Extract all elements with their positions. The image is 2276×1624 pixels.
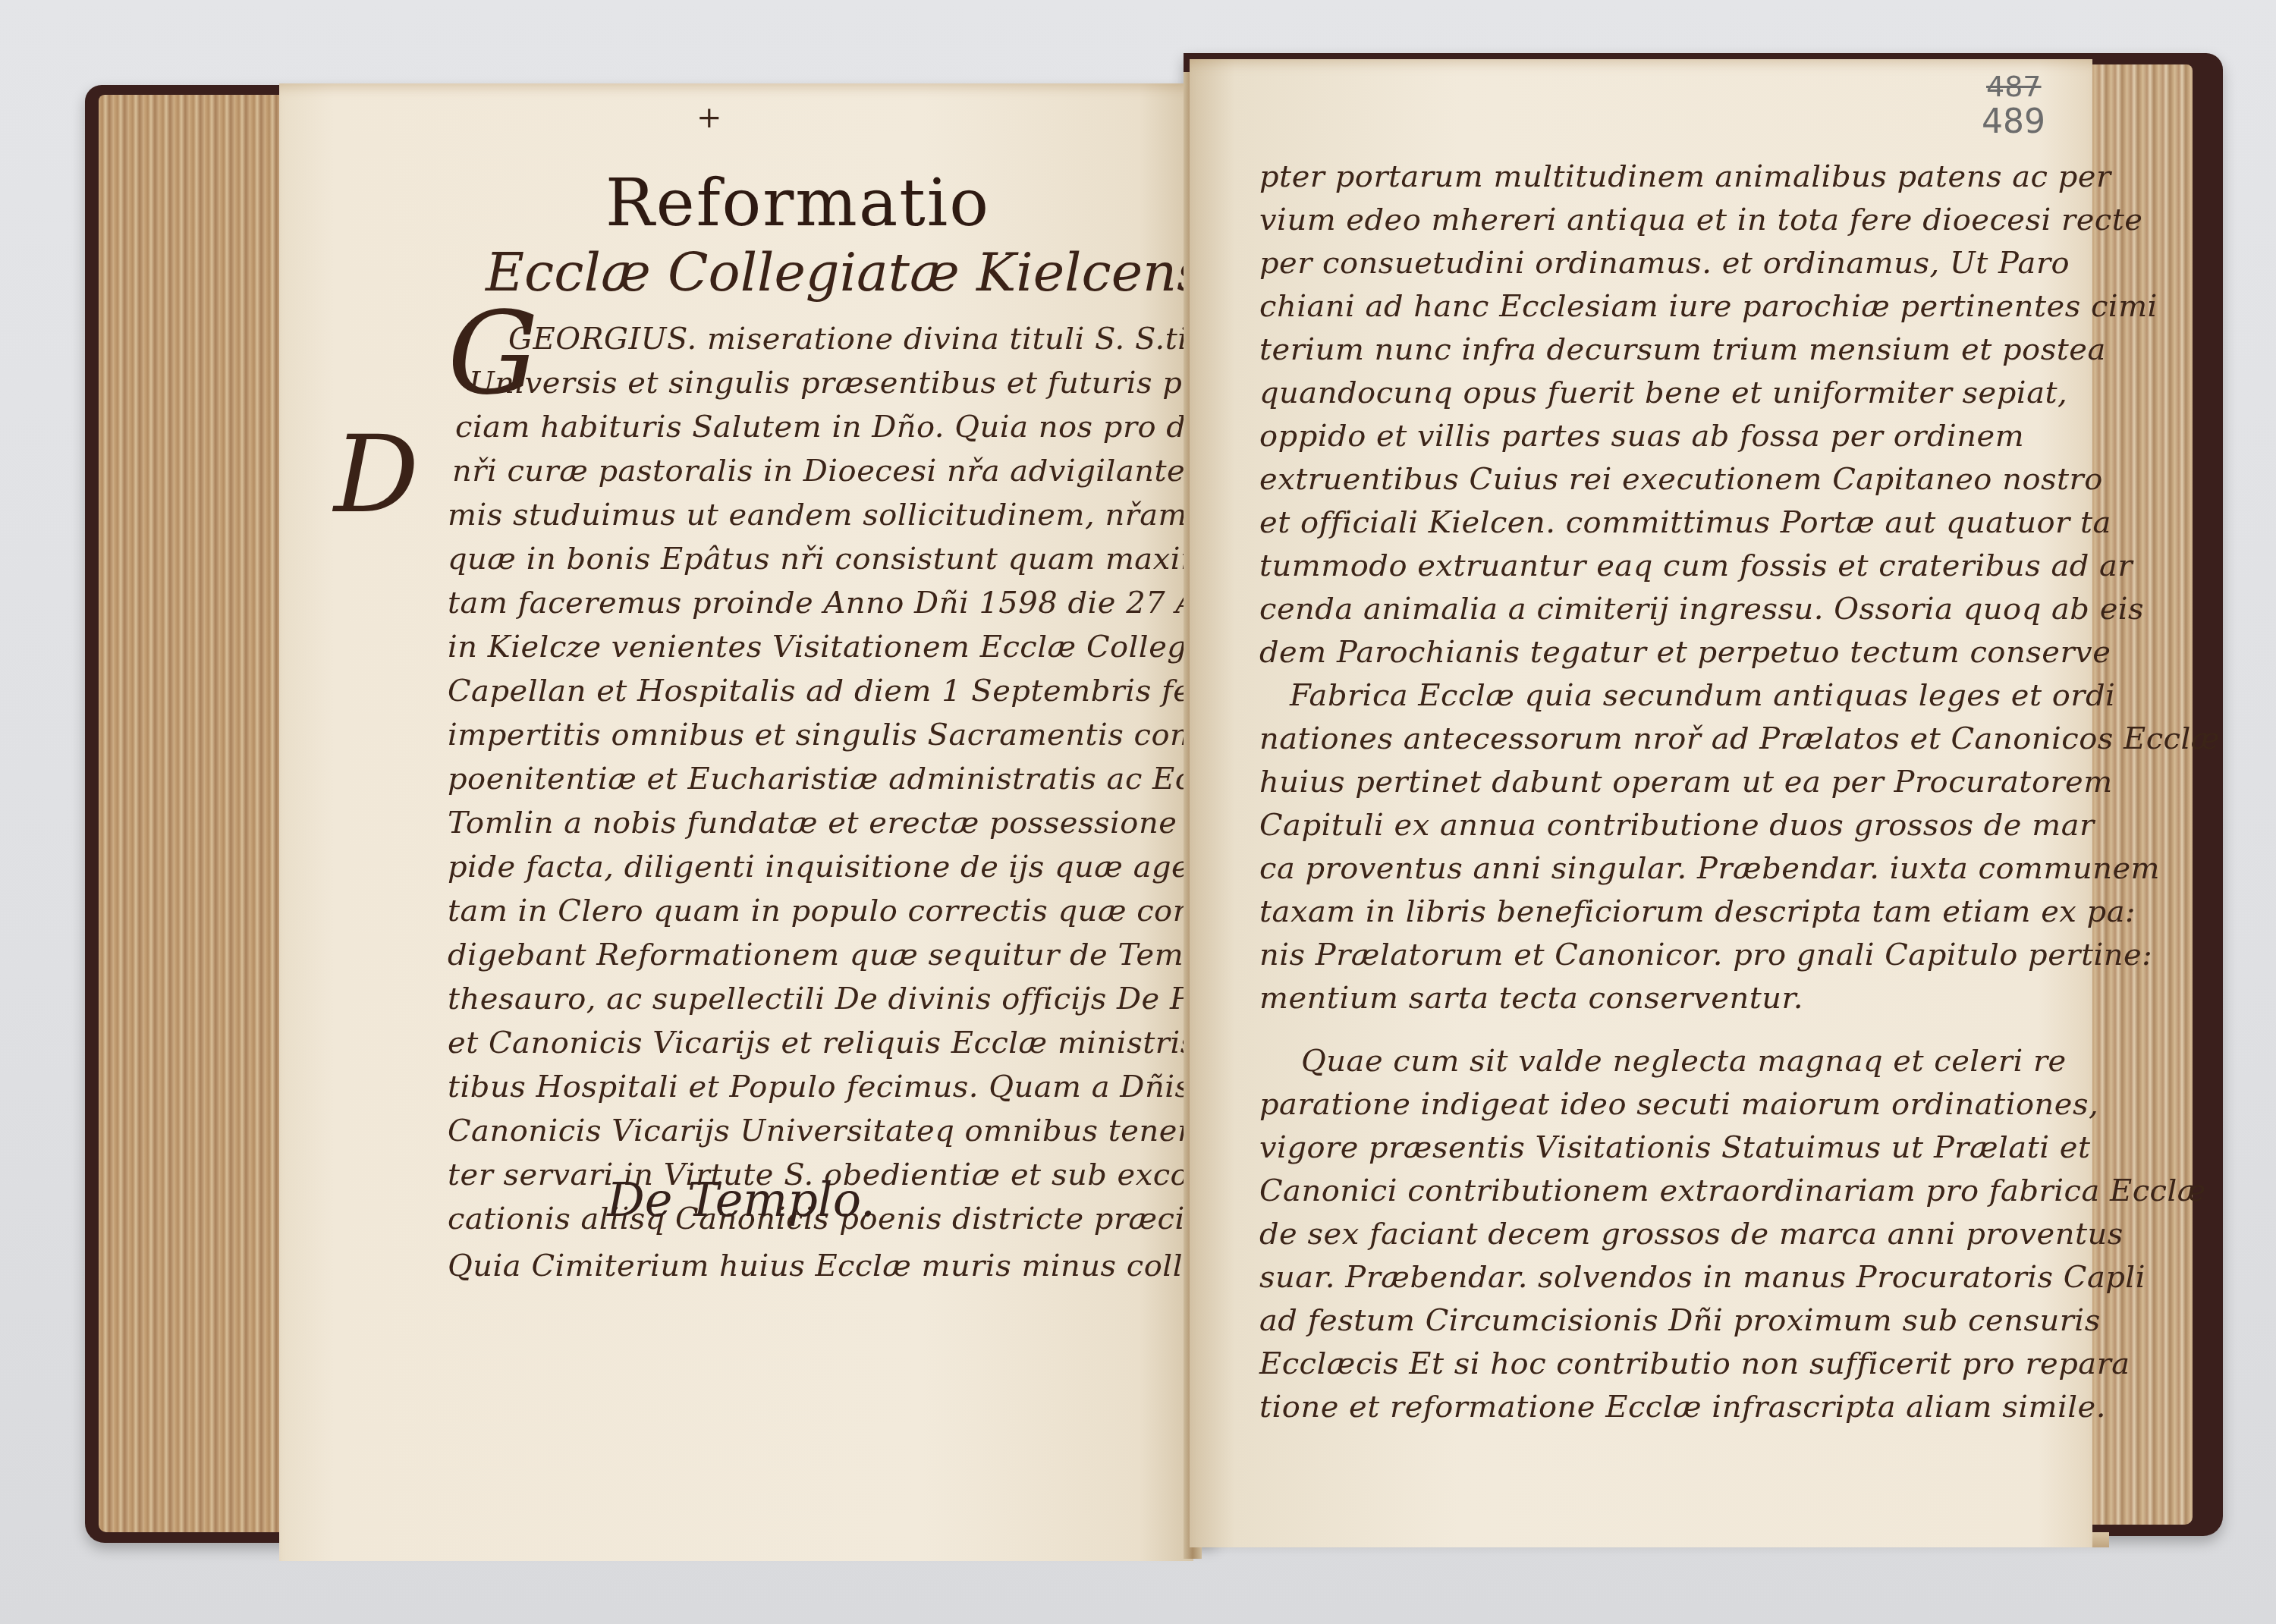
text-line: impertitis omnibus et singulis Sacrament… (448, 713, 1176, 757)
text-line: Canonicis Vicarijs Universitateq omnibus… (448, 1109, 1176, 1153)
text-line: nři curæ pastoralis in Dioecesi nřa advi… (448, 449, 1176, 493)
text-line: huius pertinet dabunt operam ut ea per P… (1259, 761, 1919, 804)
text-line: Universis et singulis præsentibus et fut… (448, 361, 1176, 405)
left-body-text: GEORGIUS. miseratione divina tituli S. S… (448, 317, 1176, 1241)
text-line: tibus Hospitali et Populo fecimus. Quam … (448, 1065, 1176, 1109)
text-line: ciam habituris Salutem in Dño. Quia nos … (448, 405, 1176, 449)
text-line: in Kielcze venientes Visitationem Ecclæ … (448, 625, 1176, 669)
text-line: chiani ad hanc Ecclesiam iure parochiæ p… (1259, 285, 1919, 328)
text-line: ad festum Circumcisionis Dñi proximum su… (1259, 1299, 1919, 1343)
text-line: dem Parochianis tegatur et perpetuo tect… (1259, 631, 1919, 674)
text-line: quæ in bonis Epâtus nři consistunt quam … (448, 537, 1176, 581)
text-line: Canonici contributionem extraordinariam … (1259, 1170, 1919, 1213)
text-line: thesauro, ac supellectili De divinis off… (448, 977, 1176, 1021)
margin-flourish: D (334, 413, 419, 537)
text-line: suar. Præbendar. solvendos in manus Proc… (1259, 1256, 1919, 1299)
text-line: tummodo extruantur eaq cum fossis et cra… (1259, 545, 1919, 588)
text-line: terium nunc infra decursum trium mensium… (1259, 328, 1919, 372)
text-line: paratione indigeat ideo secuti maiorum o… (1259, 1083, 1919, 1126)
text-line: Fabrica Ecclæ quia secundum antiquas leg… (1259, 674, 1919, 718)
page-title: Reformatio (605, 165, 990, 241)
text-line: digebant Reformationem quæ sequitur de T… (448, 933, 1176, 977)
text-line: mis studuimus ut eandem sollicitudinem, … (448, 493, 1176, 537)
text-line: nis Prælatorum et Canonicor. pro gnali C… (1259, 934, 1919, 977)
right-body-text: pter portarum multitudinem animalibus pa… (1259, 155, 1919, 1429)
text-line: mentium sarta tecta conserventur. (1259, 977, 1919, 1020)
section-heading: De Templo. (607, 1172, 876, 1227)
text-line: Quae cum sit valde neglecta magnaq et ce… (1259, 1040, 1919, 1083)
folio-number: 489 (1982, 102, 2045, 141)
text-line: cenda animalia a cimiterij ingressu. Oss… (1259, 588, 1919, 631)
text-line: pide facta, diligenti inquisitione de ij… (448, 845, 1176, 889)
text-line: tam in Clero quam in populo correctis qu… (448, 889, 1176, 933)
text-line: quandocunq opus fuerit bene et uniformit… (1259, 372, 1919, 415)
text-line: et Canonicis Vicarijs et reliquis Ecclæ … (448, 1021, 1176, 1065)
text-line: de sex faciant decem grossos de marca an… (1259, 1213, 1919, 1256)
text-line: tione et reformatione Ecclæ infrascripta… (1259, 1386, 1919, 1429)
text-line: Tomlin a nobis fundatæ et erectæ possess… (448, 801, 1176, 845)
text-line: vigore præsentis Visitationis Statuimus … (1259, 1126, 1919, 1170)
text-line: pter portarum multitudinem animalibus pa… (1259, 155, 1919, 199)
text-line: nationes antecessorum nroř ad Prælatos e… (1259, 718, 1919, 761)
page-subtitle: Ecclæ Collegiatæ Kielcensis. (486, 241, 1265, 303)
text-line: Capituli ex annua contributione duos gro… (1259, 804, 1919, 847)
text-line: poenitentiæ et Eucharistiæ administratis… (448, 757, 1176, 801)
text-line: Capellan et Hospitalis ad diem 1 Septemb… (448, 669, 1176, 713)
text-line: vium edeo mhereri antiqua et in tota fer… (1259, 199, 1919, 242)
text-line: tam faceremus proinde Anno Dñi 1598 die … (448, 581, 1176, 625)
text-line: per consuetudini ordinamus. et ordinamus… (1259, 242, 1919, 285)
page-edges-left (99, 95, 284, 1532)
text-line: ca proventus anni singular. Præbendar. i… (1259, 847, 1919, 891)
text-line: extruentibus Cuius rei executionem Capit… (1259, 458, 1919, 501)
text-line: taxam in libris beneficiorum descripta t… (1259, 891, 1919, 934)
text-line: et officiali Kielcen. committimus Portæ … (1259, 501, 1919, 545)
text-line: GEORGIUS. miseratione divina tituli S. S… (448, 317, 1176, 361)
old-folio-number: 487 (1986, 70, 2042, 103)
cross-mark: + (696, 100, 722, 135)
text-line: oppido et villis partes suas ab fossa pe… (1259, 415, 1919, 458)
text-line: Ecclæcis Et si hoc contributio non suffi… (1259, 1343, 1919, 1386)
